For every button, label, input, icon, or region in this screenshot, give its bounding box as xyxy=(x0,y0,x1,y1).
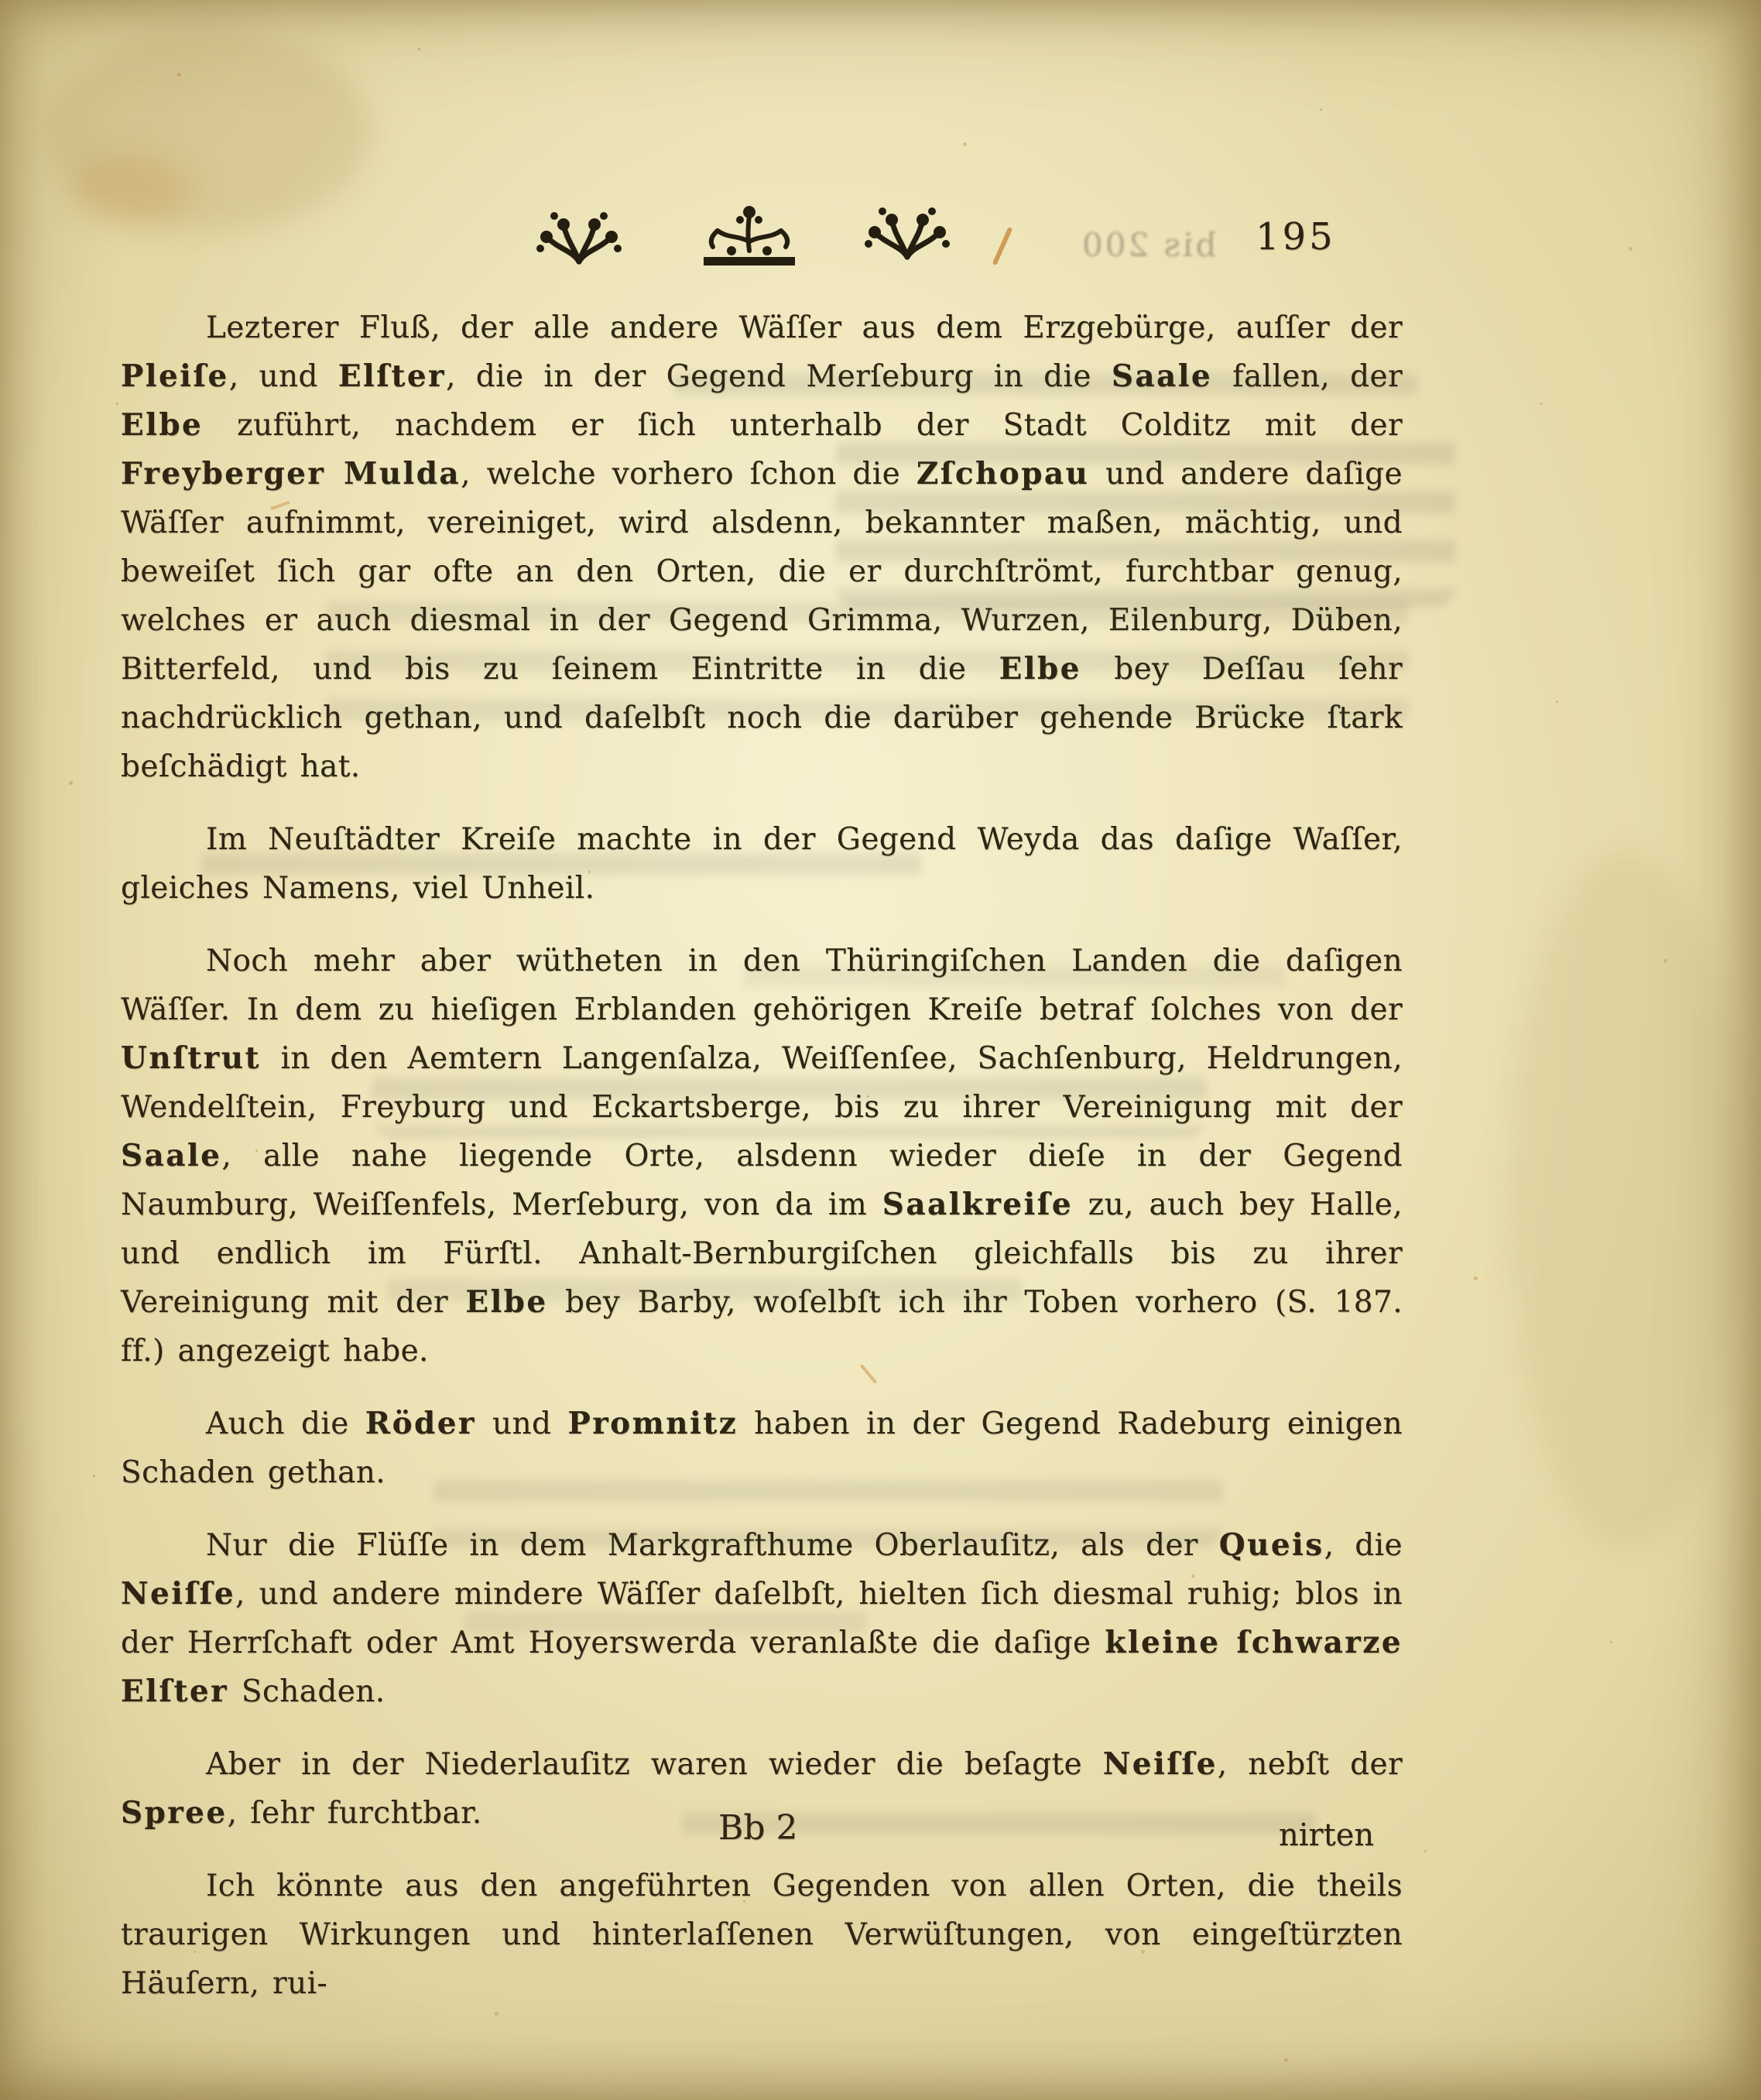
emphasized-text: Saalkreiſe xyxy=(882,1187,1073,1222)
paper-fiber xyxy=(992,227,1013,265)
emphasized-text: Elbe xyxy=(121,407,203,443)
body-text: , welche vorhero ſchon die xyxy=(461,457,916,492)
emphasized-text: Neiſſe xyxy=(121,1576,235,1612)
body-text: , die xyxy=(1324,1528,1403,1563)
body-text: , ſehr furchtbar. xyxy=(228,1796,482,1831)
fleuron-rule-icon xyxy=(691,203,807,276)
catchword: nirten xyxy=(1279,1817,1374,1853)
emphasized-text: Queis xyxy=(1219,1527,1324,1563)
paper-stain xyxy=(46,31,372,232)
body-text: in den Aemtern Langenſalza, Weiſſenſee, … xyxy=(121,1041,1403,1125)
emphasized-text: Saale xyxy=(121,1138,221,1173)
body-text: Ich könnte aus den angeführten Gegenden … xyxy=(121,1869,1403,2001)
body-text: , und xyxy=(229,359,338,394)
body-text: fallen, der xyxy=(1212,359,1403,394)
paper-stain xyxy=(70,155,194,224)
body-text: Lezterer Fluß, der alle andere Wäſſer au… xyxy=(206,310,1403,345)
emphasized-text: Freyberger Mulda xyxy=(121,456,461,492)
body-text: und xyxy=(476,1406,568,1441)
body-text: Aber in der Niederlauſitz waren wieder d… xyxy=(206,1747,1103,1782)
paragraph: Ich könnte aus den angeführten Gegenden … xyxy=(121,1862,1403,2008)
emphasized-text: Neiſſe xyxy=(1103,1746,1218,1782)
emphasized-text: Promnitz xyxy=(568,1406,738,1441)
emphasized-text: Unſtrut xyxy=(121,1040,261,1076)
paragraph: Im Neuſtädter Kreiſe machte in der Gegen… xyxy=(121,815,1403,913)
body-text: zuführt, nachdem er ſich unterhalb der S… xyxy=(203,408,1403,443)
signature-mark: Bb 2 xyxy=(718,1808,797,1848)
body-text: Schaden. xyxy=(228,1674,385,1709)
paper-speckles xyxy=(0,0,2,2)
emphasized-text: Elbe xyxy=(465,1284,547,1320)
emphasized-text: Zſchopau xyxy=(916,456,1089,492)
body-text: , nebſt der xyxy=(1218,1747,1403,1782)
emphasized-text: Saale xyxy=(1112,358,1212,394)
bleedthrough-page-ref: bis 200 xyxy=(1080,226,1216,264)
paragraph: Auch die Röder und Promnitz haben in der… xyxy=(121,1399,1403,1497)
body-text: , die in der Gegend Merſeburg in die xyxy=(446,359,1112,394)
emphasized-text: Elſter xyxy=(338,358,446,394)
emphasized-text: Spree xyxy=(121,1795,228,1831)
fleuron-icon xyxy=(533,206,625,271)
text-block: Lezterer Fluß, der alle andere Wäſſer au… xyxy=(121,303,1403,2008)
body-text: Auch die xyxy=(206,1406,365,1441)
body-text: Nur die Flüſſe in dem Markgrafthume Ober… xyxy=(206,1528,1219,1563)
emphasized-text: Röder xyxy=(365,1406,476,1441)
paper-stain xyxy=(1509,851,1742,1548)
body-text: Noch mehr aber wütheten in den Thüringiſ… xyxy=(121,944,1403,1027)
paragraph: Lezterer Fluß, der alle andere Wäſſer au… xyxy=(121,303,1403,791)
paragraph: Noch mehr aber wütheten in den Thüringiſ… xyxy=(121,937,1403,1375)
body-text: Im Neuſtädter Kreiſe machte in der Gegen… xyxy=(121,822,1403,906)
emphasized-text: Pleiſe xyxy=(121,358,229,394)
paragraph: Nur die Flüſſe in dem Markgrafthume Ober… xyxy=(121,1521,1403,1716)
page-number: 195 xyxy=(1256,215,1336,259)
book-page: bis 200 195 Lezterer Fluß, der alle ande… xyxy=(0,0,1761,2100)
fleuron-icon xyxy=(861,201,954,266)
emphasized-text: Elbe xyxy=(999,651,1081,687)
